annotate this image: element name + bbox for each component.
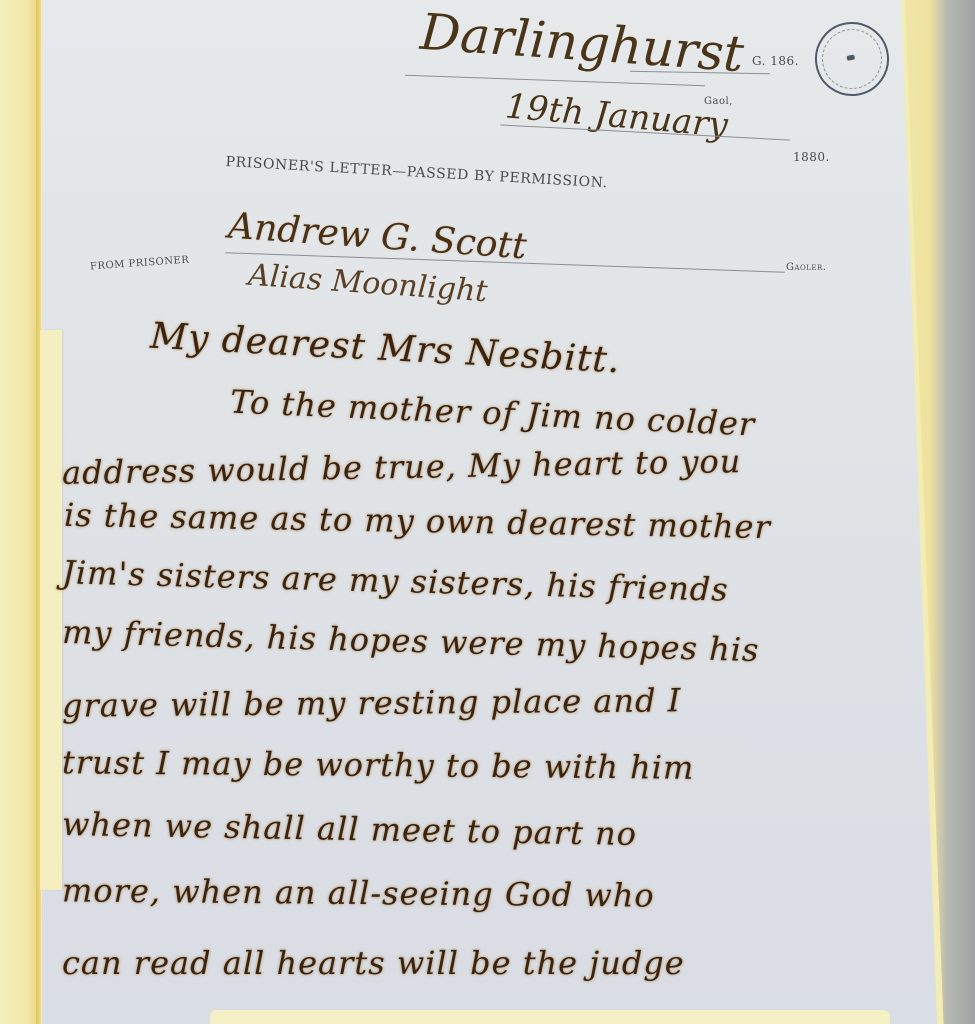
gaoler-label: Gaoler. [786, 262, 827, 273]
letter-line: can read all hearts will be the judge [62, 944, 685, 982]
letter-line: grave will be my resting place and I [62, 681, 682, 724]
stamp-center-icon [846, 55, 855, 61]
letter-line: trust I may be worthy to be with him [62, 743, 695, 787]
underlying-page-edge [210, 1010, 890, 1024]
year: 1880. [793, 150, 830, 164]
book-left-page [0, 0, 40, 1024]
tape-strip [40, 330, 62, 890]
letter-line: more, when an all-seeing God who [62, 871, 655, 914]
form-number: G. 186. [752, 54, 799, 68]
